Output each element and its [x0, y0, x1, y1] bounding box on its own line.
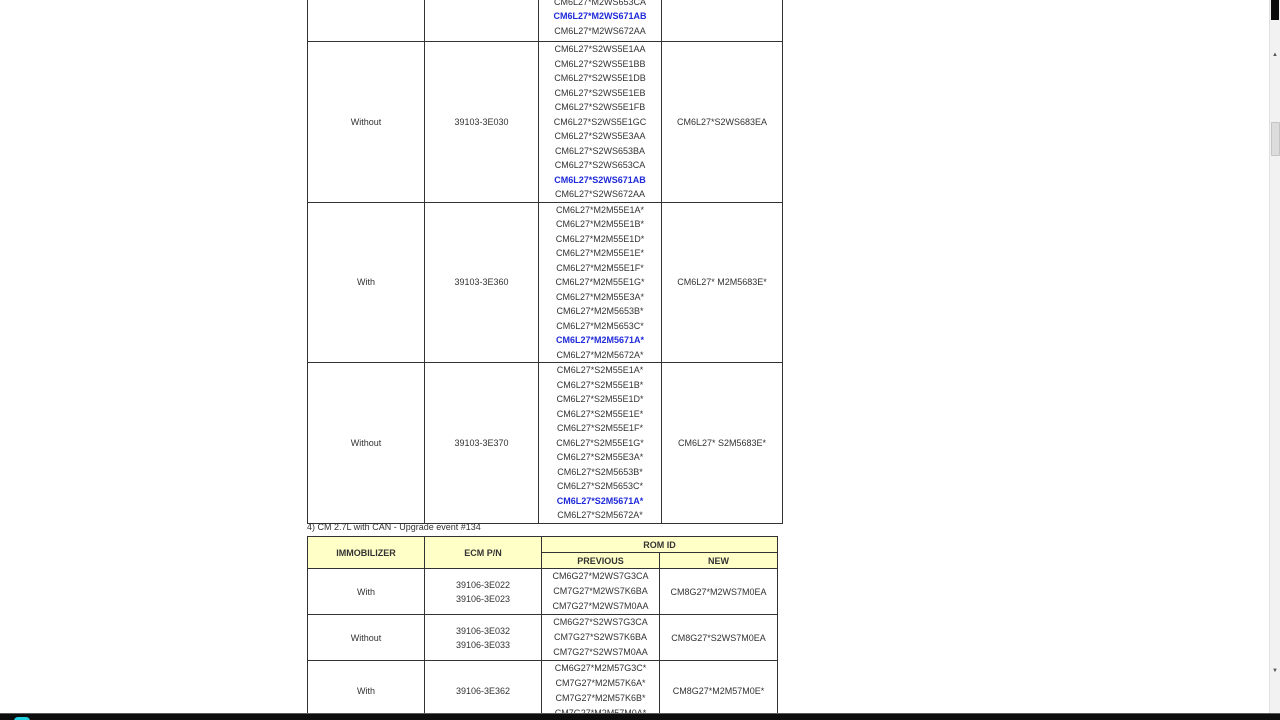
table-row: Without 39103-3E370 CM6L27*S2M55E1A*CM6L… — [308, 363, 783, 524]
rom-id-previous: CM6L27*S2WS653CA — [539, 158, 661, 173]
ecm-part-number: 39106-3E032 — [425, 624, 541, 638]
section-caption: 4) CM 2.7L with CAN - Upgrade event #134 — [307, 522, 481, 532]
scrollbar-thumb[interactable] — [1271, 122, 1280, 156]
ecm-pn-cell: 39106-3E362 — [425, 661, 542, 714]
table-row: Without 39106-3E03239106-3E033 CM6G27*S2… — [308, 615, 778, 661]
rom-id-previous: CM6L27*M2M55E1A* — [539, 203, 661, 218]
table-row: With 39106-3E02239106-3E023 CM6G27*M2WS7… — [308, 569, 778, 615]
scroll-up-arrow-icon[interactable]: ▲ — [1272, 52, 1278, 58]
rom-id-previous: CM6L27*S2WS5E3AA — [539, 129, 661, 144]
rom-id-previous: CM6L27*S2WS5E1FB — [539, 100, 661, 115]
rom-id-previous: CM6L27*S2M5672A* — [539, 508, 661, 523]
rom-id-previous: CM6L27*M2M5653C* — [539, 319, 661, 334]
rom-id-previous: CM6L27*S2WS5E1BB — [539, 57, 661, 72]
rom-id-previous: CM7G27*M2M57K6A* — [542, 676, 659, 691]
ecm-pn-cell — [425, 0, 539, 42]
taskbar — [0, 713, 1280, 720]
header-ecm-pn: ECM P/N — [425, 537, 542, 569]
rom-id-previous: CM6L27*S2M55E1G* — [539, 436, 661, 451]
rom-id-previous: CM6L27*S2WS5E1GC — [539, 115, 661, 130]
rom-previous-cell: CM6L27*M2WS653CA CM6L27*M2WS671AB CM6L27… — [539, 0, 662, 42]
rom-id-previous: CM7G27*M2WS7M0AA — [542, 599, 659, 614]
immobilizer-cell — [308, 0, 425, 42]
table-row: Without 39103-3E030 CM6L27*S2WS5E1AACM6L… — [308, 42, 783, 203]
rom-id-previous: CM6L27*M2M5653B* — [539, 304, 661, 319]
table-row: With 39106-3E362 CM6G27*M2M57G3C*CM7G27*… — [308, 661, 778, 714]
rom-id-previous: CM6G27*S2WS7G3CA — [542, 615, 659, 630]
rom-new-cell: CM8G27*S2WS7M0EA — [660, 615, 778, 661]
rom-new-cell: CM8G27*M2WS7M0EA — [660, 569, 778, 615]
rom-new-cell: CM6L27*S2WS683EA — [662, 42, 783, 203]
rom-new-cell: CM6L27* S2M5683E* — [662, 363, 783, 524]
ecm-pn-cell: 39103-3E030 — [425, 42, 539, 203]
rom-id-previous: CM6L27*M2WS672AA — [539, 24, 661, 39]
rom-id-previous: CM6L27*S2M55E1F* — [539, 421, 661, 436]
rom-id-previous: CM6L27*S2M5671A* — [539, 494, 661, 509]
header-rom-id: ROM ID — [542, 537, 778, 553]
rom-id-previous: CM6L27*S2M55E1D* — [539, 392, 661, 407]
rom-id-previous: CM6L27*M2M55E1F* — [539, 261, 661, 276]
rom-id-previous: CM6L27*M2M55E1G* — [539, 275, 661, 290]
ecm-part-number: 39106-3E362 — [425, 684, 541, 698]
ecm-pn-cell: 39106-3E02239106-3E023 — [425, 569, 542, 615]
scrollbar-top-block — [1271, 0, 1279, 20]
rom-id-previous: CM6L27*S2M55E1A* — [539, 363, 661, 378]
rom-id-previous: CM6L27*S2M55E1B* — [539, 378, 661, 393]
rom-id-previous: CM6L27*M2M5671A* — [539, 333, 661, 348]
rom-new-cell — [662, 0, 783, 42]
ecm-pn-cell: 39103-3E370 — [425, 363, 539, 524]
header-new: NEW — [660, 553, 778, 569]
rom-previous-cell: CM6G27*M2M57G3C*CM7G27*M2M57K6A*CM7G27*M… — [542, 661, 660, 714]
ecm-part-number: 39106-3E033 — [425, 638, 541, 652]
document-page: CM6L27*M2WS653CA CM6L27*M2WS671AB CM6L27… — [0, 0, 1270, 713]
rom-id-previous: CM6L27*M2M55E1E* — [539, 246, 661, 261]
rom-id-previous: CM6L27*M2M55E1B* — [539, 217, 661, 232]
ecm-part-number: 39106-3E023 — [425, 592, 541, 606]
rom-id-previous: CM6L27*M2WS671AB — [539, 9, 661, 24]
rom-id-previous: CM6L27*S2WS672AA — [539, 187, 661, 202]
rom-id-previous: CM6L27*S2WS5E1DB — [539, 71, 661, 86]
immobilizer-cell: With — [308, 202, 425, 363]
rom-id-previous: CM7G27*M2M57M0A* — [542, 706, 659, 713]
rom-id-previous: CM6L27*S2WS5E1AA — [539, 42, 661, 57]
immobilizer-cell: With — [308, 661, 425, 714]
rom-id-previous: CM7G27*S2WS7M0AA — [542, 645, 659, 660]
rom-id-previous: CM6L27*S2M55E1E* — [539, 407, 661, 422]
rom-id-previous: CM7G27*M2M57K6B* — [542, 691, 659, 706]
rom-id-previous: CM6L27*S2M5653B* — [539, 465, 661, 480]
header-immobilizer: IMMOBILIZER — [308, 537, 425, 569]
rom-previous-cell: CM6G27*S2WS7G3CACM7G27*S2WS7K6BACM7G27*S… — [542, 615, 660, 661]
rom-id-previous: CM6G27*M2M57G3C* — [542, 661, 659, 676]
rom-previous-cell: CM6L27*S2WS5E1AACM6L27*S2WS5E1BBCM6L27*S… — [539, 42, 662, 203]
immobilizer-cell: With — [308, 569, 425, 615]
immobilizer-cell: Without — [308, 615, 425, 661]
rom-id-previous: CM6L27*S2M5653C* — [539, 479, 661, 494]
ecm-pn-cell: 39106-3E03239106-3E033 — [425, 615, 542, 661]
rom-id-previous: CM6L27*S2M55E3A* — [539, 450, 661, 465]
table-header-row: IMMOBILIZER ECM P/N ROM ID — [308, 537, 778, 553]
rom-id-previous: CM6L27*M2WS653CA — [539, 0, 661, 9]
header-previous: PREVIOUS — [542, 553, 660, 569]
immobilizer-cell: Without — [308, 363, 425, 524]
rom-id-table-cm27-can: IMMOBILIZER ECM P/N ROM ID PREVIOUS NEW … — [307, 536, 778, 713]
rom-id-previous: CM7G27*M2WS7K6BA — [542, 584, 659, 599]
rom-id-previous: CM6L27*S2WS671AB — [539, 173, 661, 188]
ecm-part-number: 39106-3E022 — [425, 578, 541, 592]
rom-previous-cell: CM6L27*M2M55E1A*CM6L27*M2M55E1B*CM6L27*M… — [539, 202, 662, 363]
vertical-scrollbar[interactable]: ▲ ▼ — [1269, 0, 1280, 713]
scroll-down-arrow-icon[interactable]: ▼ — [1272, 668, 1278, 674]
rom-id-previous: CM6L27*S2WS653BA — [539, 144, 661, 159]
rom-id-previous: CM6L27*M2M5672A* — [539, 348, 661, 363]
table-row: With 39103-3E360 CM6L27*M2M55E1A*CM6L27*… — [308, 202, 783, 363]
table-row: CM6L27*M2WS653CA CM6L27*M2WS671AB CM6L27… — [308, 0, 783, 42]
rom-new-cell: CM8G27*M2M57M0E* — [660, 661, 778, 714]
rom-id-previous: CM6L27*M2M55E1D* — [539, 232, 661, 247]
ecm-pn-cell: 39103-3E360 — [425, 202, 539, 363]
rom-previous-cell: CM6G27*M2WS7G3CACM7G27*M2WS7K6BACM7G27*M… — [542, 569, 660, 615]
rom-new-cell: CM6L27* M2M5683E* — [662, 202, 783, 363]
rom-id-previous: CM6L27*M2M55E3A* — [539, 290, 661, 305]
rom-id-previous: CM6G27*M2WS7G3CA — [542, 569, 659, 584]
rom-id-table-continued: CM6L27*M2WS653CA CM6L27*M2WS671AB CM6L27… — [307, 0, 783, 524]
immobilizer-cell: Without — [308, 42, 425, 203]
rom-id-previous: CM6L27*S2WS5E1EB — [539, 86, 661, 101]
rom-previous-cell: CM6L27*S2M55E1A*CM6L27*S2M55E1B*CM6L27*S… — [539, 363, 662, 524]
rom-id-previous: CM7G27*S2WS7K6BA — [542, 630, 659, 645]
